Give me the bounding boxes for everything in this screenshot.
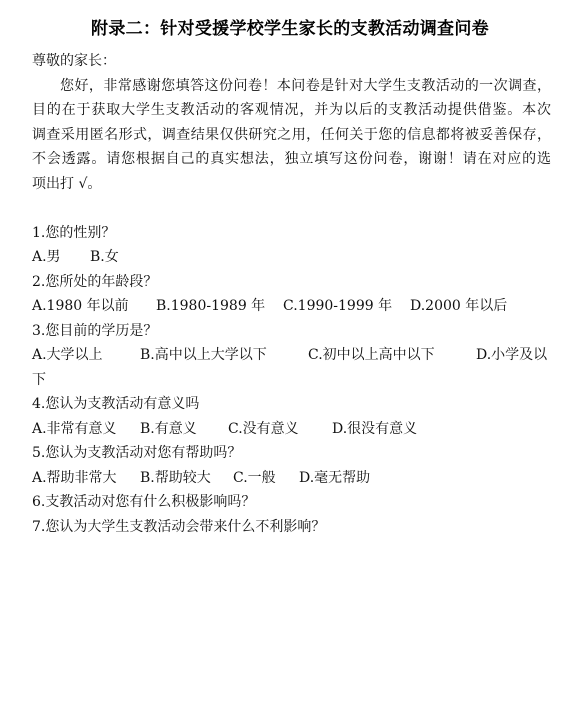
option-a[interactable]: A.大学以上 bbox=[32, 343, 140, 368]
question-6: 6.支教活动对您有什么积极影响吗？ bbox=[32, 490, 551, 515]
option-b[interactable]: B.帮助较大 bbox=[140, 466, 233, 491]
document-body: 尊敬的家长： 您好，非常感谢您填答这份问卷！本问卷是针对大学生支教活动的一次调查… bbox=[32, 49, 551, 539]
option-d[interactable]: D.2000 年以后 bbox=[410, 294, 507, 319]
question-3-options-wrap: 下 bbox=[32, 368, 551, 393]
intro-line: 目的在于获取大学生支教活动的客观情况，并为以后的支教活动提供借鉴。本次 bbox=[32, 98, 551, 123]
option-b[interactable]: B.有意义 bbox=[140, 417, 228, 442]
intro-line: 您好，非常感谢您填答这份问卷！本问卷是针对大学生支教活动的一次调查， bbox=[32, 74, 551, 99]
intro-paragraph: 您好，非常感谢您填答这份问卷！本问卷是针对大学生支教活动的一次调查， 目的在于获… bbox=[32, 74, 551, 197]
question-4-options: A.非常有意义 B.有意义 C.没有意义 D.很没有意义 bbox=[32, 417, 551, 442]
option-a[interactable]: A.1980 年以前 bbox=[32, 294, 156, 319]
page-title: 附录二：针对受援学校学生家长的支教活动调查问卷 bbox=[0, 16, 580, 42]
option-d[interactable]: D.很没有意义 bbox=[332, 417, 417, 442]
question-3: 3.您目前的学历是？ bbox=[32, 319, 551, 344]
option-b[interactable]: B.1980-1989 年 bbox=[156, 294, 283, 319]
option-b[interactable]: B.女 bbox=[90, 245, 119, 270]
question-2: 2.您所处的年龄段？ bbox=[32, 270, 551, 295]
salutation: 尊敬的家长： bbox=[32, 49, 551, 74]
spacer bbox=[32, 196, 551, 221]
question-7: 7.您认为大学生支教活动会带来什么不利影响？ bbox=[32, 515, 551, 540]
question-1-options: A.男 B.女 bbox=[32, 245, 551, 270]
option-c[interactable]: C.一般 bbox=[233, 466, 299, 491]
document-page: 附录二：针对受援学校学生家长的支教活动调查问卷 尊敬的家长： 您好，非常感谢您填… bbox=[0, 0, 580, 708]
intro-line: 项出打 √。 bbox=[32, 172, 551, 197]
option-a[interactable]: A.非常有意义 bbox=[32, 417, 140, 442]
option-a[interactable]: A.帮助非常大 bbox=[32, 466, 140, 491]
option-c[interactable]: C.初中以上高中以下 bbox=[308, 343, 476, 368]
question-2-options: A.1980 年以前 B.1980-1989 年 C.1990-1999 年 D… bbox=[32, 294, 551, 319]
option-d[interactable]: D.小学及以 bbox=[476, 343, 547, 368]
option-d[interactable]: D.毫无帮助 bbox=[299, 466, 370, 491]
option-a[interactable]: A.男 bbox=[32, 245, 90, 270]
intro-line: 不会透露。请您根据自己的真实想法，独立填写这份问卷，谢谢！请在对应的选 bbox=[32, 147, 551, 172]
intro-line: 调查采用匿名形式，调查结果仅供研究之用，任何关于您的信息都将被妥善保存， bbox=[32, 123, 551, 148]
question-5: 5.您认为支教活动对您有帮助吗？ bbox=[32, 441, 551, 466]
question-5-options: A.帮助非常大 B.帮助较大 C.一般 D.毫无帮助 bbox=[32, 466, 551, 491]
question-1: 1.您的性别？ bbox=[32, 221, 551, 246]
option-c[interactable]: C.没有意义 bbox=[228, 417, 332, 442]
question-4: 4.您认为支教活动有意义吗 bbox=[32, 392, 551, 417]
option-b[interactable]: B.高中以上大学以下 bbox=[140, 343, 308, 368]
option-c[interactable]: C.1990-1999 年 bbox=[283, 294, 410, 319]
question-3-options: A.大学以上 B.高中以上大学以下 C.初中以上高中以下 D.小学及以 bbox=[32, 343, 551, 368]
